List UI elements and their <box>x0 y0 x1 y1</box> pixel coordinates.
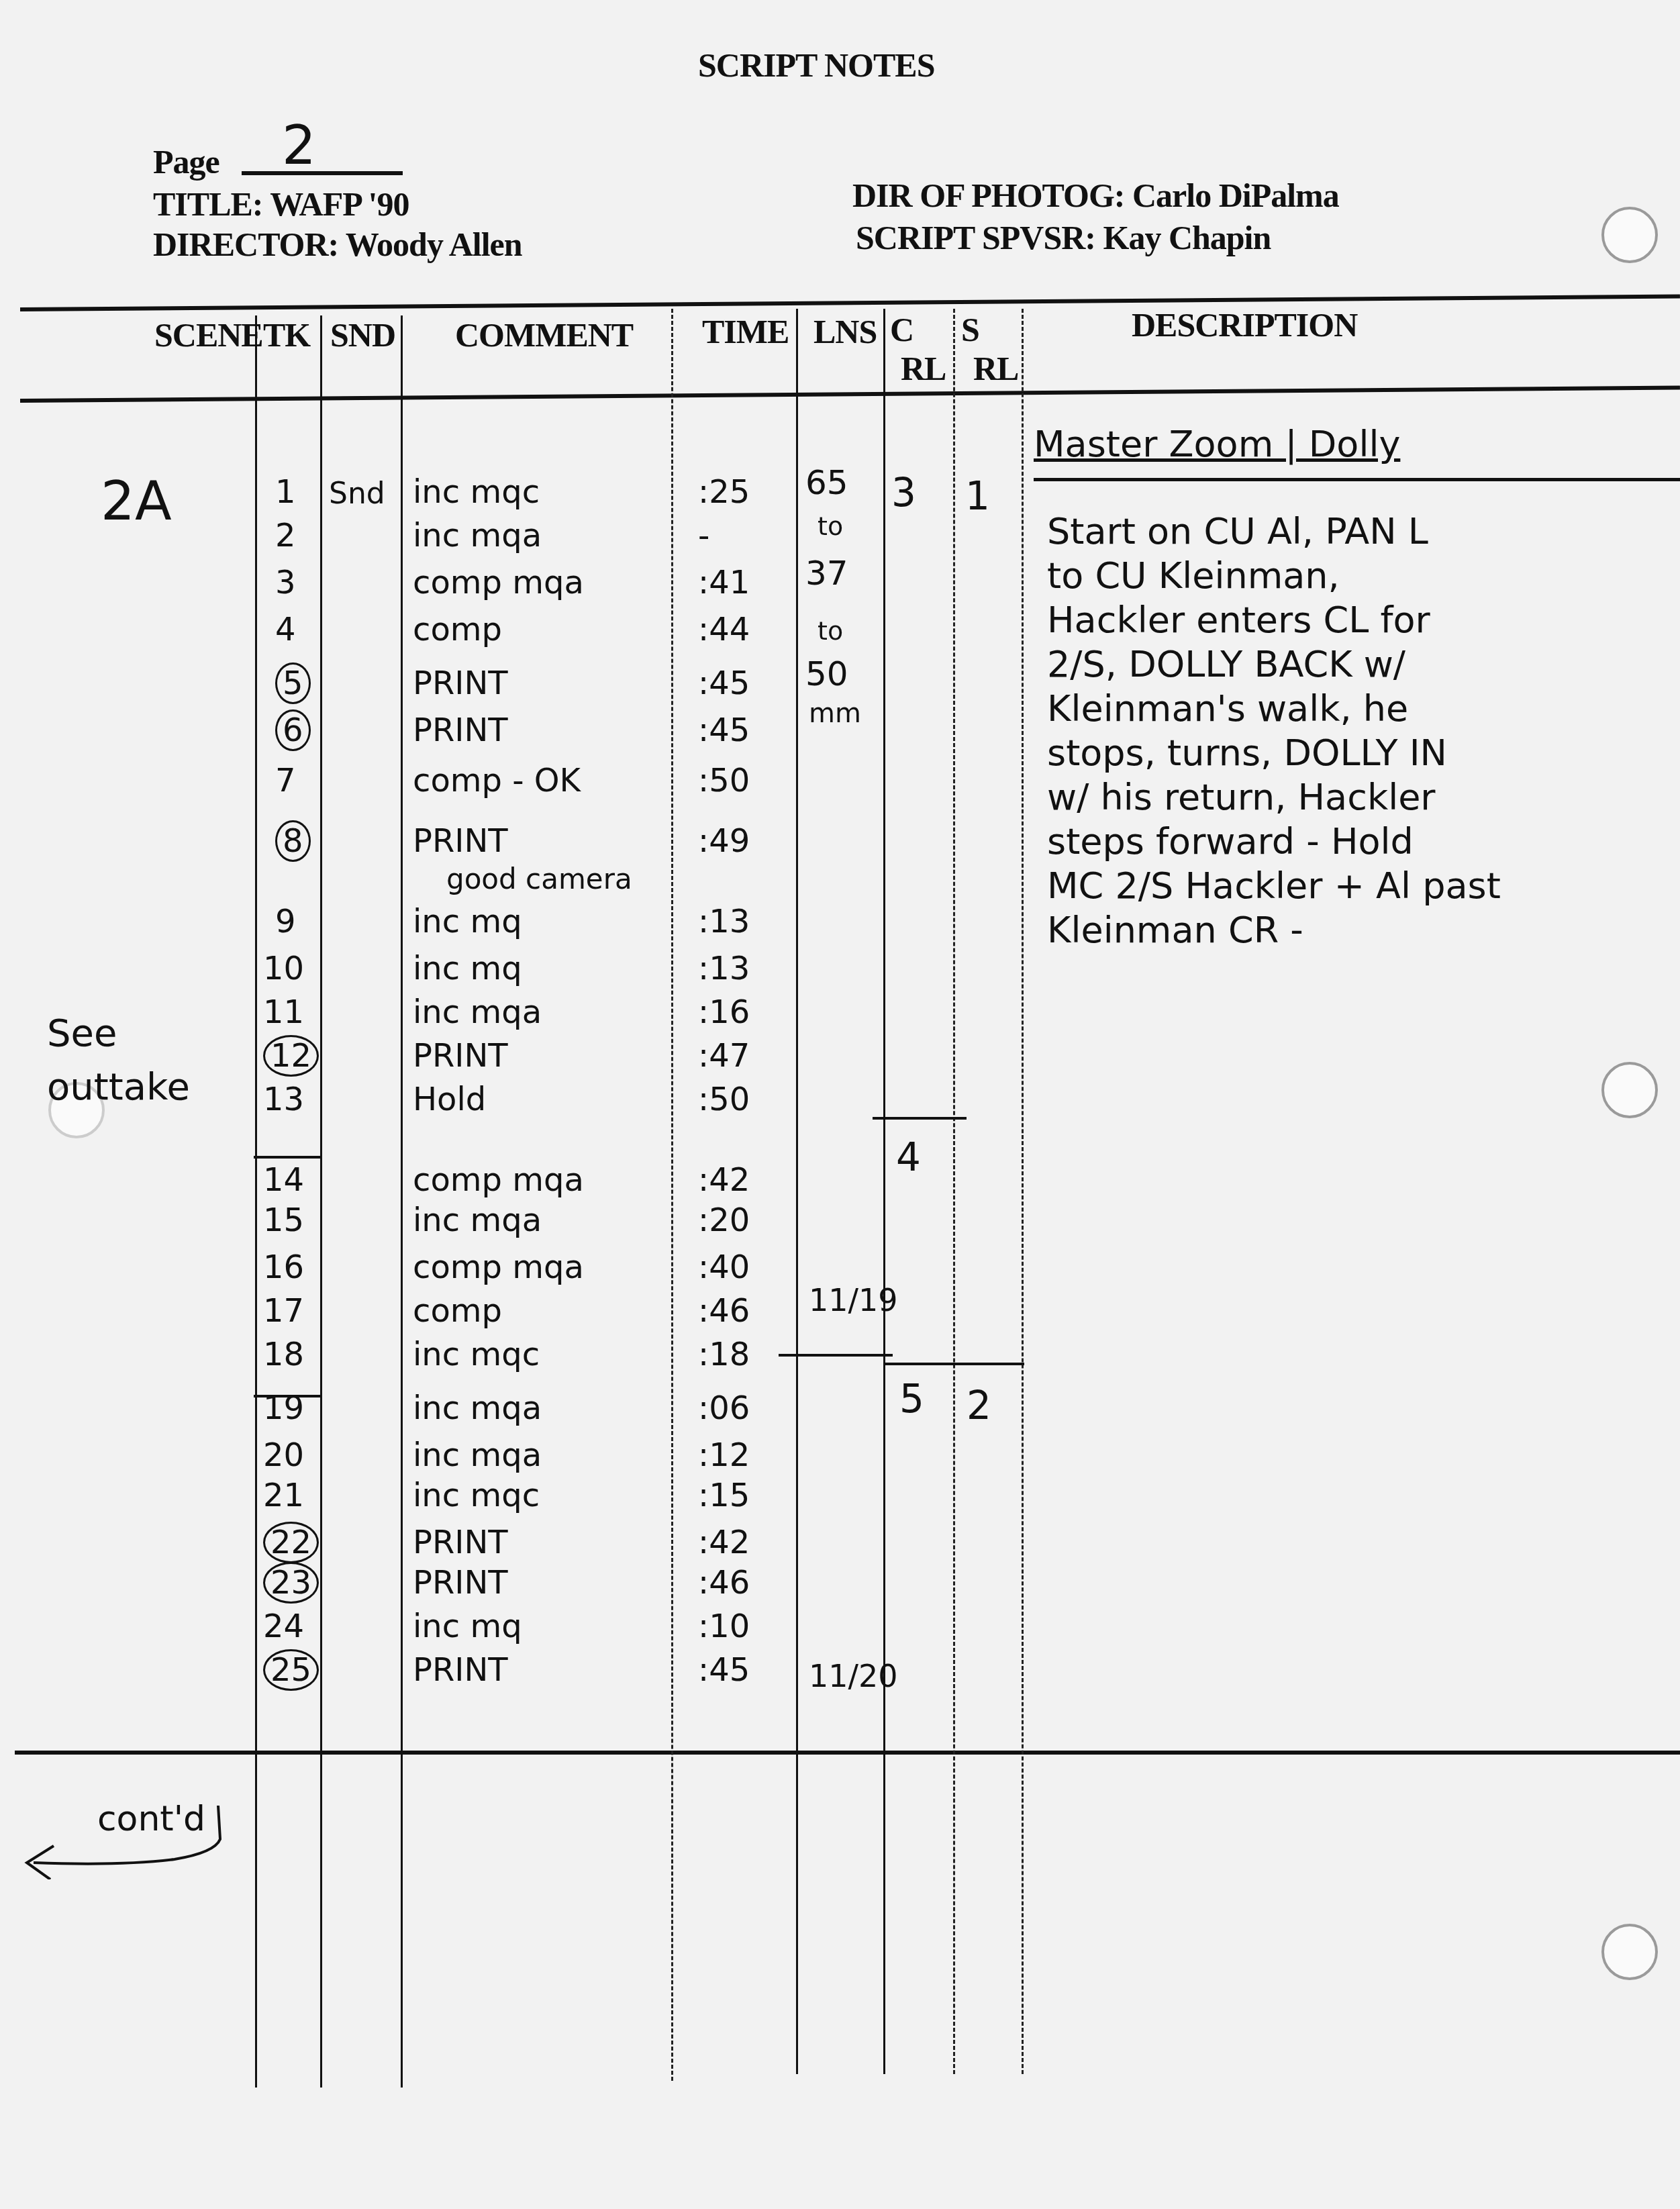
take-comment: comp <box>413 1292 502 1330</box>
column-divider-snd-comment <box>401 315 403 2088</box>
description-heading: Master Zoom | Dolly <box>1034 423 1400 465</box>
supervisor-field: SCRIPT SPVSR: Kay Chapin <box>856 218 1271 257</box>
take-number-text: 17 <box>263 1292 304 1330</box>
take-comment: inc mq <box>413 1608 522 1645</box>
supervisor-value: Kay Chapin <box>1103 219 1271 256</box>
title-field: TITLE: WAFP '90 <box>153 185 409 224</box>
dp-field: DIR OF PHOTOG: Carlo DiPalma <box>852 176 1339 215</box>
lens-note: mm <box>809 698 861 729</box>
take-number: 4 <box>275 611 296 648</box>
lens-note: to <box>818 511 843 541</box>
take-comment: PRINT <box>413 711 508 749</box>
page-number: 2 <box>282 114 316 177</box>
description-line: Kleinman CR - <box>1047 909 1303 951</box>
take-number: 14 <box>263 1161 304 1199</box>
take-number-text: 18 <box>263 1336 304 1373</box>
lens-note: 65 <box>805 463 848 502</box>
take-time: :50 <box>698 762 750 799</box>
take-time: :45 <box>698 665 750 702</box>
take-comment: inc mqa <box>413 1436 542 1474</box>
take-time: :45 <box>698 711 750 749</box>
take-number: 7 <box>275 762 296 799</box>
take-time: :47 <box>698 1037 750 1075</box>
roll-separator <box>883 1363 1024 1365</box>
description-line: 2/S, DOLLY BACK w/ <box>1047 643 1405 685</box>
take-number-text: 9 <box>275 903 296 940</box>
take-comment: inc mq <box>413 903 522 940</box>
take-number-text: 15 <box>263 1201 304 1239</box>
take-comment: PRINT <box>413 1037 508 1075</box>
dp-value: Carlo DiPalma <box>1132 177 1339 214</box>
column-header-time: TIME <box>702 312 789 351</box>
take-number: 9 <box>275 903 296 940</box>
take-comment: comp - OK <box>413 762 581 799</box>
take-time: :12 <box>698 1436 750 1474</box>
take-number-text: 13 <box>263 1081 304 1118</box>
column-divider-tk-snd <box>320 315 322 2088</box>
description-line: Hackler enters CL for <box>1047 599 1430 641</box>
take-time: :15 <box>698 1477 750 1514</box>
page-label: Page <box>153 142 219 181</box>
column-header-sound-roll-rl: RL <box>973 349 1018 388</box>
take-comment: inc mqc <box>413 1336 540 1373</box>
lens-separator <box>779 1354 893 1357</box>
column-header-description: DESCRIPTION <box>1132 305 1357 344</box>
take-number: 15 <box>263 1201 304 1239</box>
take-comment: comp mqa <box>413 1161 584 1199</box>
lens-date: 11/19 <box>809 1282 898 1318</box>
margin-note-outtake: See outtake <box>47 1007 195 1114</box>
take-comment: PRINT <box>413 1524 508 1561</box>
take-separator <box>254 1395 321 1397</box>
take-number: 8 <box>275 822 311 860</box>
circled-take-number: 8 <box>275 820 311 862</box>
circled-take-number: 12 <box>263 1035 319 1077</box>
circled-take-number: 22 <box>263 1522 319 1563</box>
column-divider-comment-time <box>671 309 673 2081</box>
camera-roll: 3 <box>891 470 916 516</box>
take-number-text: 7 <box>275 762 296 799</box>
take-comment: inc mqc <box>413 473 540 511</box>
title-value: WAFP '90 <box>270 185 409 223</box>
take-time: :50 <box>698 1081 750 1118</box>
roll-separator <box>873 1117 967 1120</box>
column-divider-time-lns <box>796 309 798 2074</box>
take-number: 3 <box>275 564 296 601</box>
take-comment: comp mqa <box>413 1248 584 1286</box>
take-number: 1 <box>275 473 296 511</box>
take-number: 20 <box>263 1436 304 1474</box>
take-number-text: 20 <box>263 1436 304 1474</box>
take-comment: PRINT <box>413 665 508 702</box>
take-time: :18 <box>698 1336 750 1373</box>
take-note: good camera <box>446 863 632 895</box>
take-number: 18 <box>263 1336 304 1373</box>
take-time: :13 <box>698 950 750 987</box>
take-time: :44 <box>698 611 750 648</box>
take-time: :20 <box>698 1201 750 1239</box>
column-header-camera-roll: C <box>890 310 913 349</box>
circled-take-number: 5 <box>275 662 311 704</box>
take-time: :16 <box>698 993 750 1031</box>
take-time: :13 <box>698 903 750 940</box>
take-time: :41 <box>698 564 750 601</box>
column-divider-srl-desc <box>1022 309 1024 2074</box>
take-comment: comp mqa <box>413 564 584 601</box>
scene-number: 2A <box>101 470 172 532</box>
page-number-line <box>242 171 403 175</box>
take-number-text: 10 <box>263 950 304 987</box>
description-line: Start on CU Al, PAN L <box>1047 510 1428 552</box>
lens-note: 50 <box>805 654 848 693</box>
take-comment: comp <box>413 611 502 648</box>
column-header-sound-roll: S <box>961 310 979 349</box>
take-number-text: 24 <box>263 1608 304 1645</box>
table-bottom-rule <box>15 1751 1680 1755</box>
take-time: - <box>698 517 709 554</box>
take-number: 10 <box>263 950 304 987</box>
take-comment: inc mqa <box>413 993 542 1031</box>
take-comment: PRINT <box>413 822 508 860</box>
director-label: DIRECTOR: <box>153 226 338 263</box>
take-time: :46 <box>698 1292 750 1330</box>
description-heading-rule <box>1034 478 1680 481</box>
director-field: DIRECTOR: Woody Allen <box>153 225 522 264</box>
sound-roll: 1 <box>965 473 990 519</box>
title-label: TITLE: <box>153 185 263 223</box>
column-divider-crl-srl <box>953 309 955 2074</box>
take-time: :25 <box>698 473 750 511</box>
take-comment: Hold <box>413 1081 486 1118</box>
take-comment: inc mqa <box>413 517 542 554</box>
description-line: steps forward - Hold <box>1047 820 1414 863</box>
take-time: :45 <box>698 1651 750 1689</box>
take-comment: inc mq <box>413 950 522 987</box>
lens-note: to <box>818 616 843 646</box>
take-number: 12 <box>263 1037 319 1075</box>
take-time: :46 <box>698 1564 750 1602</box>
description-line: to CU Kleinman, <box>1047 554 1340 597</box>
take-comment: inc mqa <box>413 1389 542 1427</box>
take-number: 2 <box>275 517 296 554</box>
take-comment: PRINT <box>413 1651 508 1689</box>
take-number: 23 <box>263 1564 319 1602</box>
punch-hole-top <box>1601 207 1658 263</box>
take-number-text: 11 <box>263 993 304 1031</box>
take-number-text: 21 <box>263 1477 304 1514</box>
take-number: 16 <box>263 1248 304 1286</box>
take-time: :42 <box>698 1524 750 1561</box>
take-number-text: 4 <box>275 611 296 648</box>
description-line: MC 2/S Hackler + Al past <box>1047 865 1501 907</box>
take-comment: PRINT <box>413 1564 508 1602</box>
take-time: :40 <box>698 1248 750 1286</box>
take-separator <box>254 1156 321 1159</box>
take-time: :06 <box>698 1389 750 1427</box>
take-time: :10 <box>698 1608 750 1645</box>
take-time: :49 <box>698 822 750 860</box>
header-top-rule <box>20 295 1680 311</box>
take-number-text: 16 <box>263 1248 304 1286</box>
header-bottom-rule <box>20 386 1680 403</box>
take-time: :42 <box>698 1161 750 1199</box>
description-line: stops, turns, DOLLY IN <box>1047 732 1447 774</box>
document-title: SCRIPT NOTES <box>698 46 934 85</box>
take-number: 25 <box>263 1651 319 1689</box>
director-value: Woody Allen <box>346 226 522 263</box>
take-number: 24 <box>263 1608 304 1645</box>
column-header-comment: COMMENT <box>455 315 633 354</box>
take-number: 13 <box>263 1081 304 1118</box>
take-number: 5 <box>275 665 311 702</box>
circled-take-number: 25 <box>263 1649 319 1691</box>
take-number-text: 3 <box>275 564 296 601</box>
circled-take-number: 6 <box>275 709 311 751</box>
description-line: w/ his return, Hackler <box>1047 776 1436 818</box>
take-number: 21 <box>263 1477 304 1514</box>
dp-label: DIR OF PHOTOG: <box>852 177 1124 214</box>
column-header-sound: SND <box>330 315 395 354</box>
lens-date: 11/20 <box>809 1658 898 1694</box>
take-number: 17 <box>263 1292 304 1330</box>
column-header-lens: LNS <box>813 312 877 351</box>
take-number: 6 <box>275 711 311 749</box>
lens-note: 37 <box>805 554 848 593</box>
camera-roll: 5 <box>899 1376 924 1422</box>
take-comment: inc mqa <box>413 1201 542 1239</box>
take-comment: inc mqc <box>413 1477 540 1514</box>
sound-note: Snd <box>329 477 385 511</box>
take-number: 11 <box>263 993 304 1031</box>
column-header-camera-roll-rl: RL <box>901 349 946 388</box>
supervisor-label: SCRIPT SPVSR: <box>856 219 1095 256</box>
column-header-take: TK <box>263 315 310 354</box>
description-line: Kleinman's walk, he <box>1047 687 1408 730</box>
sound-roll: 2 <box>967 1383 991 1428</box>
column-divider-lns-crl <box>883 309 885 2074</box>
take-number-text: 2 <box>275 517 296 554</box>
column-divider-scene-tk <box>255 315 257 2088</box>
circled-take-number: 23 <box>263 1562 319 1604</box>
column-header-scene: SCENE <box>154 315 263 354</box>
left-arrow-icon <box>13 1799 242 1879</box>
camera-roll: 4 <box>896 1134 921 1180</box>
take-number-text: 1 <box>275 473 296 511</box>
punch-hole-middle <box>1601 1062 1658 1118</box>
take-number-text: 14 <box>263 1161 304 1199</box>
punch-hole-bottom <box>1601 1924 1658 1980</box>
take-number: 22 <box>263 1524 319 1561</box>
